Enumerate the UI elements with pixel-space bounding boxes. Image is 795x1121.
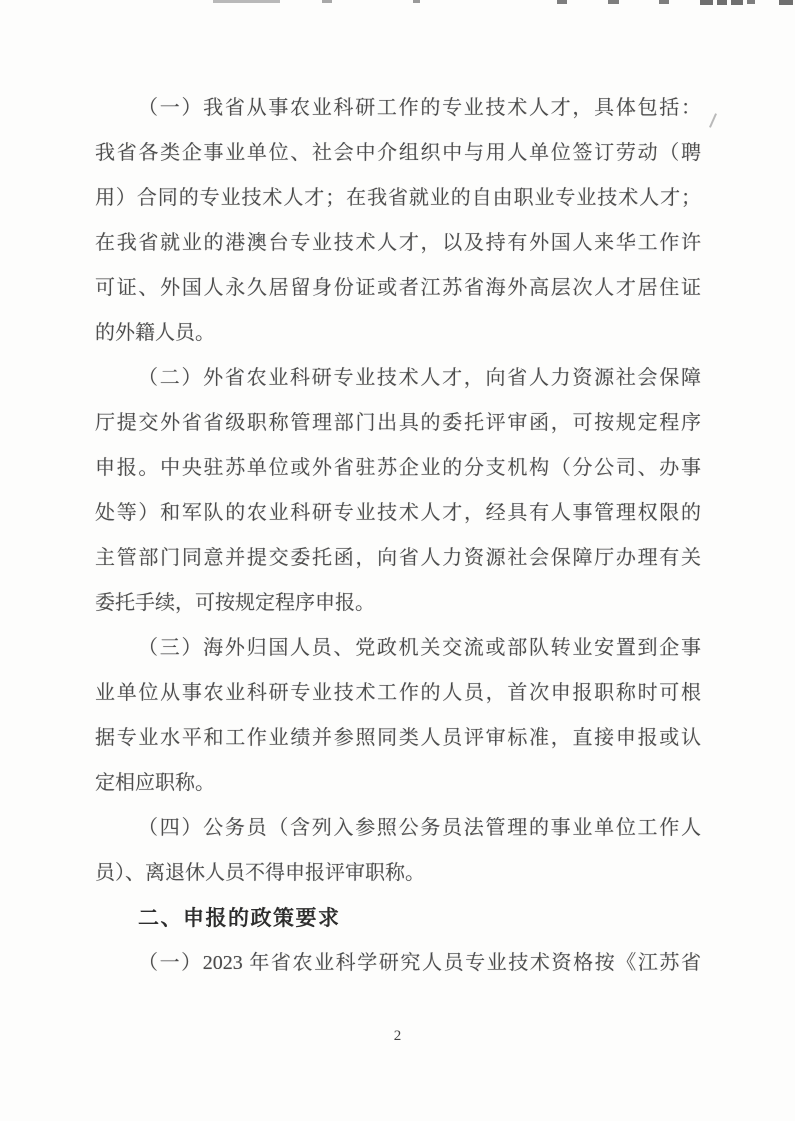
- scan-artifact: [747, 0, 755, 4]
- para1-line1: （一）我省从事农业科研工作的专业技术人才，具体包括：: [95, 86, 701, 131]
- section-heading: 二、申报的政策要求: [95, 896, 701, 941]
- scan-artifact: [608, 0, 619, 4]
- para5-line1: （一）2023 年省农业科学研究人员专业技术资格按《江苏省: [95, 941, 701, 986]
- scan-artifact: [717, 0, 727, 5]
- para1-line3: 用）合同的专业技术人才；在我省就业的自由职业专业技术人才；: [95, 176, 701, 221]
- scanned-document-page: （一）我省从事农业科研工作的专业技术人才，具体包括： 我省各类企事业单位、社会中…: [0, 0, 795, 1121]
- para3-line1: （三）海外归国人员、党政机关交流或部队转业安置到企事: [95, 626, 701, 671]
- scan-artifact: [322, 0, 332, 3]
- para1-line5: 可证、外国人永久居留身份证或者江苏省海外高层次人才居住证: [95, 266, 701, 311]
- scan-artifact: [731, 0, 743, 5]
- para1-line4: 在我省就业的港澳台专业技术人才，以及持有外国人来华工作许: [95, 221, 701, 266]
- scan-artifact: [213, 0, 280, 3]
- para2-line1: （二）外省农业科研专业技术人才，向省人力资源社会保障: [95, 356, 701, 401]
- para3-line3: 据专业水平和工作业绩并参照同类人员评审标准，直接申报或认: [95, 716, 701, 761]
- para4-line1: （四）公务员（含列入参照公务员法管理的事业单位工作人: [95, 806, 701, 851]
- para1-line6: 的外籍人员。: [95, 311, 701, 356]
- scan-artifact: [557, 0, 567, 4]
- para2-line2: 厅提交外省省级职称管理部门出具的委托评审函，可按规定程序: [95, 401, 701, 446]
- para1-line2: 我省各类企事业单位、社会中介组织中与用人单位签订劳动（聘: [95, 131, 701, 176]
- para4-line2: 员）、离退休人员不得申报评审职称。: [95, 851, 701, 896]
- para2-line5: 主管部门同意并提交委托函，向省人力资源社会保障厅办理有关: [95, 536, 701, 581]
- para2-line4: 处等）和军队的农业科研专业技术人才，经具有人事管理权限的: [95, 491, 701, 536]
- scan-scratch-artifact: [709, 113, 717, 128]
- para3-line2: 业单位从事农业科研专业技术工作的人员，首次申报职称时可根: [95, 671, 701, 716]
- para3-line4: 定相应职称。: [95, 761, 701, 806]
- scan-artifact: [700, 0, 713, 5]
- scan-artifact: [779, 0, 793, 5]
- para2-line3: 申报。中央驻苏单位或外省驻苏企业的分支机构（分公司、办事: [95, 446, 701, 491]
- page-number: 2: [0, 1028, 795, 1045]
- scan-artifact: [659, 0, 669, 4]
- document-body: （一）我省从事农业科研工作的专业技术人才，具体包括： 我省各类企事业单位、社会中…: [95, 86, 701, 986]
- scan-artifact: [413, 0, 420, 3]
- para2-line6: 委托手续，可按规定程序申报。: [95, 581, 701, 626]
